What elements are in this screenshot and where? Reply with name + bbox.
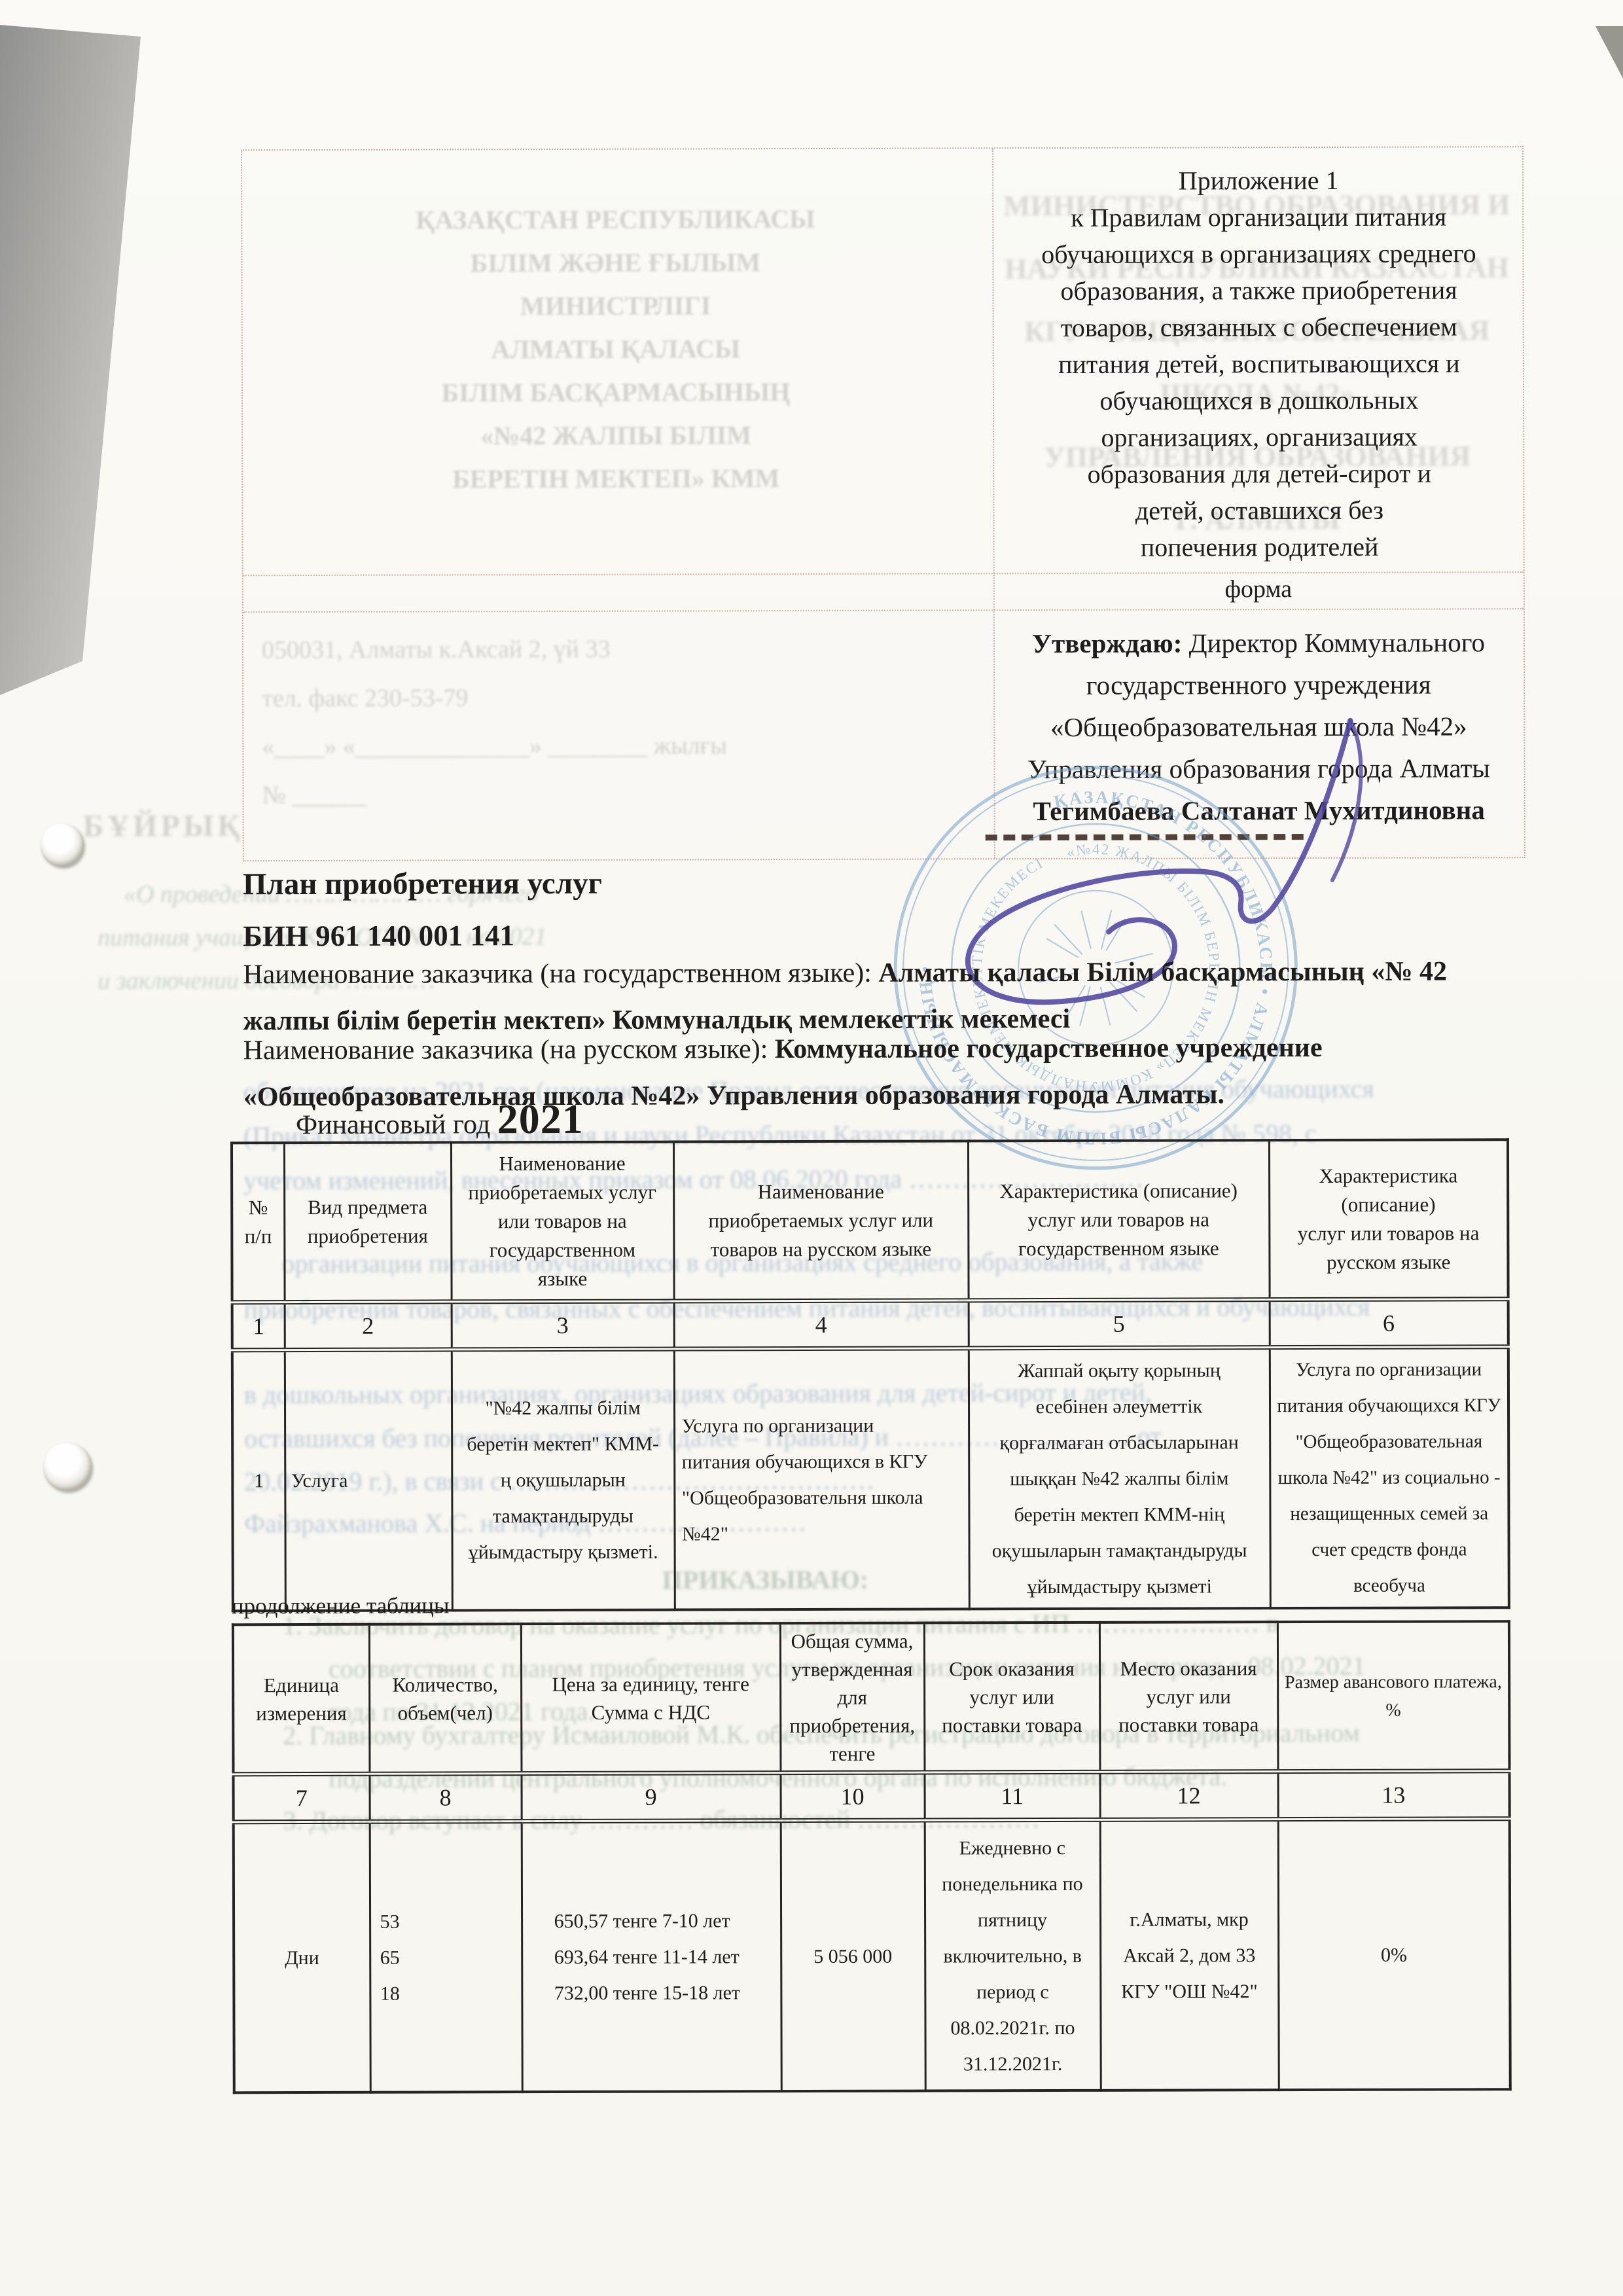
column-number: 13 <box>1277 1771 1509 1820</box>
column-number: 9 <box>522 1773 781 1821</box>
cell-unit: Дни <box>234 1821 370 2092</box>
column-header: Место оказания услуг или поставки товара <box>1099 1622 1278 1772</box>
cell-advance-payment: 0% <box>1278 1819 1510 2090</box>
column-number: 8 <box>370 1774 522 1822</box>
column-number: 7 <box>234 1774 370 1822</box>
column-header: Наименование приобретаемых услуг или тов… <box>673 1141 969 1301</box>
cell-unit-price: 650,57 тенге 7-10 лет 693,64 тенге 11-14… <box>522 1821 781 2092</box>
procurement-table-2: Единица измерения Количество, объем(чел)… <box>232 1620 1512 2094</box>
column-number: 6 <box>1270 1299 1508 1348</box>
column-number: 11 <box>924 1772 1099 1820</box>
table2-data-row: Дни 53 65 18 650,57 тенге 7-10 лет 693,6… <box>234 1819 1510 2093</box>
forma-row: форма <box>243 571 1524 613</box>
ghost-letterhead-kazakh: ҚАЗАҚСТАН РЕСПУБЛИКАСЫ БІЛІМ ЖӘНЕ ҒЫЛЫМ … <box>249 197 982 501</box>
table-continuation-label: продолжение таблицы <box>232 1592 450 1619</box>
cell-row-number: 1 <box>232 1350 285 1611</box>
customer-russian-label: Наименование заказчика (на русском языке… <box>243 1034 775 1066</box>
column-number: 3 <box>452 1301 674 1350</box>
table1-header-row: № п/п Вид предмета приобретения Наименов… <box>232 1139 1508 1302</box>
approve-line-1: Утверждаю: Директор Коммунального <box>993 621 1524 664</box>
cell-subject-type: Услуга <box>285 1350 452 1611</box>
column-header: Вид предмета приобретения <box>284 1142 452 1302</box>
cell-name-kazakh: "№42 жалпы білім беретін мектеп" КММ- ң … <box>452 1349 675 1610</box>
column-header: Общая сумма, утвержденная для приобретен… <box>780 1623 925 1773</box>
forma-label: форма <box>993 574 1524 604</box>
column-header: Количество, объем(чел) <box>369 1624 522 1774</box>
customer-kazakh-label: Наименование заказчика (на государственн… <box>243 958 878 990</box>
column-header: Размер авансового платежа, % <box>1277 1621 1510 1771</box>
fiscal-year-value: 2021 <box>497 1096 584 1142</box>
doc-bin: БИН 961 140 001 141 <box>243 916 1523 953</box>
column-header: № п/п <box>232 1143 285 1302</box>
cell-description-kazakh: Жаппай оқыту қорының есебінен әлеуметтік… <box>969 1348 1270 1609</box>
column-header: Наименование приобретаемых услуг или тов… <box>451 1142 674 1302</box>
ghost-order-title: БҰЙРЫҚ <box>83 808 243 844</box>
table1-data-row: 1 Услуга "№42 жалпы білім беретін мектеп… <box>232 1347 1509 1611</box>
table2-number-row: 7 8 9 10 11 12 13 <box>234 1771 1510 1822</box>
cell-total-sum: 5 056 000 <box>781 1820 925 2091</box>
column-number: 2 <box>285 1302 452 1350</box>
scanned-page: БҰЙРЫҚ «О проведении ………………… горячего пи… <box>0 0 1623 2296</box>
column-number: 12 <box>1099 1772 1277 1820</box>
fiscal-year-label: Финансовый год <box>296 1109 497 1140</box>
column-number: 5 <box>969 1300 1270 1348</box>
column-header: Единица измерения <box>233 1624 370 1774</box>
column-number: 4 <box>674 1300 969 1349</box>
cell-service-place: г.Алматы, мкр Аксай 2, дом 33 КГУ "ОШ №4… <box>1100 1820 1279 2090</box>
table2-header-row: Единица измерения Количество, объем(чел)… <box>233 1621 1510 1774</box>
column-header: Срок оказания услуг или поставки товара <box>924 1623 1100 1772</box>
doc-title: План приобретения услуг <box>243 863 1523 902</box>
column-number: 1 <box>232 1302 285 1350</box>
column-number: 10 <box>780 1772 924 1821</box>
cell-name-russian: Услуга по организации питания обучающихс… <box>674 1348 969 1610</box>
appendix-note: Приложение 1 к Правилам организации пита… <box>1007 162 1512 566</box>
cell-service-period: Ежедневно с понедельника по пятницу вклю… <box>925 1820 1101 2090</box>
approve-line-2: государственного учреждения <box>993 663 1524 706</box>
cell-description-russian: Услуга по организации питания обучающихс… <box>1270 1347 1509 1608</box>
cell-quantity: 53 65 18 <box>370 1821 522 2092</box>
ghost-address: 050031, Алматы к.Аксай 2, үй 33 тел. фак… <box>262 624 969 819</box>
table1-number-row: 1 2 3 4 5 6 <box>232 1299 1508 1350</box>
fiscal-year: Финансовый год 2021 <box>296 1092 1576 1144</box>
page-content: БҰЙРЫҚ «О проведении ………………… горячего пи… <box>0 0 1623 2296</box>
column-header: Характеристика (описание) услуг или това… <box>968 1140 1270 1300</box>
procurement-table-1: № п/п Вид предмета приобретения Наименов… <box>230 1138 1510 1612</box>
column-header: Характеристика (описание) услуг или това… <box>1269 1139 1508 1299</box>
column-header: Цена за единицу, тенге Сумма с НДС <box>521 1623 781 1774</box>
